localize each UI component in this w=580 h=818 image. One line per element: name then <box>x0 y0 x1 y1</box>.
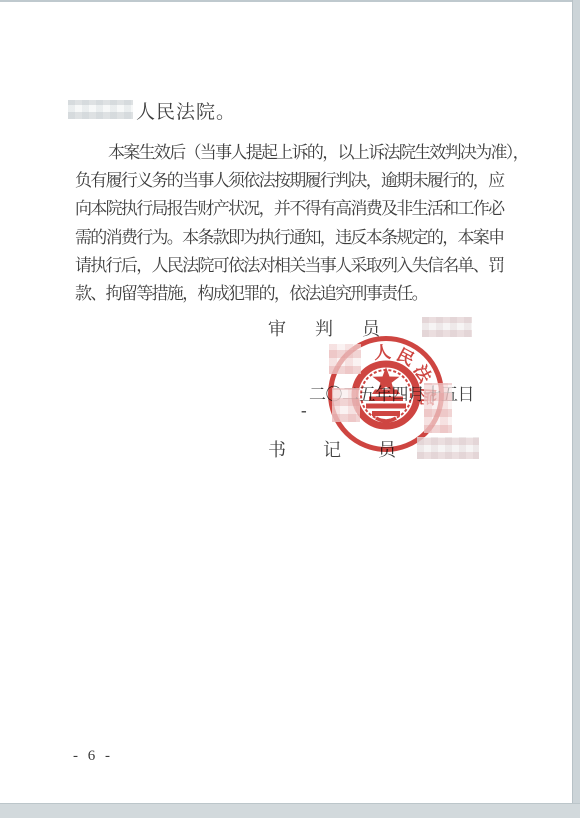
national-emblem-icon <box>355 364 417 426</box>
body-paragraph: 本案生效后（当事人提起上诉的，以上诉法院生效判决为准）， 负有履行义务的当事人须… <box>75 139 528 308</box>
paragraph-line: 负有履行义务的当事人须依法按期履行判决，逾期未履行的，应 <box>75 167 528 195</box>
paragraph-line: 请执行后，人民法院可依法对相关当事人采取列入失信名单、罚 <box>75 252 528 280</box>
scan-edge-right <box>572 0 580 818</box>
paragraph-line: 需的消费行为。本条款即为执行通知，违反本条规定的，本案申 <box>75 224 528 252</box>
redacted-seal-region <box>329 344 361 374</box>
paper-sheet <box>0 2 572 804</box>
redacted-judge-name <box>422 317 472 337</box>
court-line-text: 人民法院。 <box>136 97 236 124</box>
redacted-seal-region <box>424 383 452 433</box>
scan-edge-bottom <box>0 803 580 818</box>
scanned-court-document: 人民法院。 本案生效后（当事人提起上诉的，以上诉法院生效判决为准）， 负有履行义… <box>0 0 580 818</box>
redacted-seal-region <box>332 388 360 422</box>
paragraph-line: 款、拘留等措施，构成犯罪的，依法追究刑事责任。 <box>75 280 528 308</box>
redacted-clerk-name <box>417 437 479 459</box>
seal-arc-char: 人 <box>373 342 392 362</box>
paragraph-line: 本案生效后（当事人提起上诉的，以上诉法院生效判决为准）， <box>75 139 528 167</box>
scan-edge-top <box>0 0 580 2</box>
page-number: - 6 - <box>73 748 113 765</box>
paragraph-line: 向本院执行局报告财产状况，并不得有高消费及非生活和工作必 <box>75 195 528 223</box>
redacted-court-name <box>68 100 133 119</box>
